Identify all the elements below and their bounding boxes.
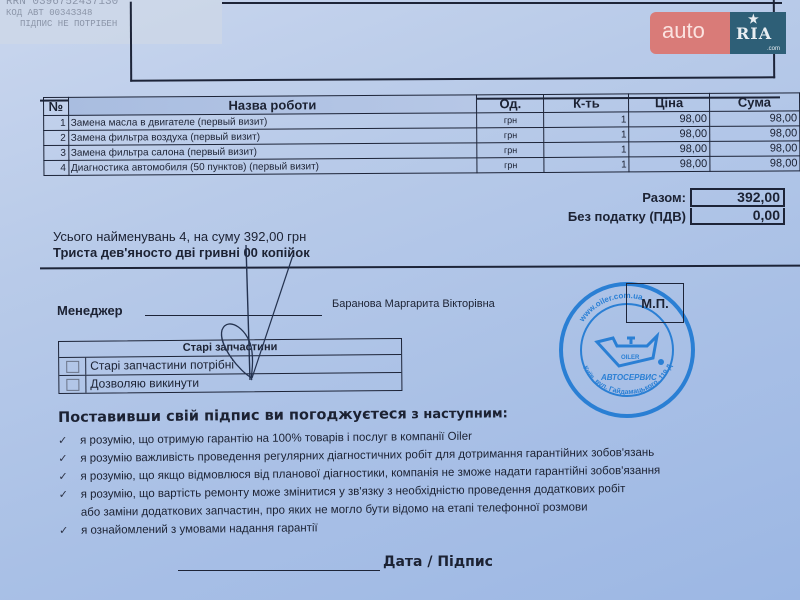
agreement-title-main: Поставивши свій підпис ви погоджуєтеся [58, 406, 407, 426]
total-label: Разом: [586, 190, 690, 205]
client-signature-line [178, 570, 380, 571]
cell-unit: грн [477, 127, 544, 142]
cell-qty: 1 [544, 157, 629, 173]
watermark-com: .com [767, 46, 780, 52]
col-sum: Сума [709, 93, 799, 112]
checkmark-icon: ✓ [59, 486, 81, 504]
separator-line-2 [40, 265, 800, 270]
agreement-item-text: я ознайомлений з умовами надання гаранті… [81, 519, 318, 539]
cell-num: 4 [44, 160, 69, 175]
col-unit: Од. [477, 94, 544, 112]
checkbox-discard[interactable] [66, 378, 79, 390]
cell-qty: 1 [544, 112, 629, 128]
agreement-list: ✓я розумію, що отримую гарантію на 100% … [58, 426, 661, 540]
option-discard-label: Дозволяю викинути [86, 375, 199, 393]
table-row: 4Диагностика автомобиля (50 пунктов) (пе… [44, 156, 800, 176]
autoria-watermark: auto ★ RIA .com [650, 12, 786, 54]
stamp-service: АВТОСЕРВИС [600, 373, 657, 382]
old-parts-option-discard[interactable]: Дозволяю викинути [59, 373, 401, 393]
col-price: Ціна [629, 93, 710, 111]
vat-value: 0,00 [690, 208, 785, 225]
watermark-auto: auto [650, 12, 730, 54]
cell-unit: грн [477, 142, 544, 157]
stamp-brand: OILER [621, 355, 640, 361]
checkmark-icon: ✓ [59, 522, 81, 540]
checkmark-icon: ✓ [58, 468, 80, 486]
totals-block: Разом: 392,00 Без податку (ПДВ) 0,00 [586, 188, 785, 226]
total-value: 392,00 [690, 188, 785, 207]
manager-signature-line [145, 315, 322, 316]
cell-num: 1 [44, 115, 69, 130]
items-table: № Назва роботи Од. К-ть Ціна Сума 1Замен… [43, 92, 800, 176]
cell-sum: 98,00 [710, 156, 800, 172]
checkmark-icon: ✓ [58, 450, 80, 468]
checkmark-icon: ✓ [58, 432, 80, 450]
oil-can-icon [597, 336, 657, 366]
cell-price: 98,00 [629, 141, 710, 156]
stamp-place-label: М.П. [626, 283, 684, 323]
summary-in-words: Триста дев'яносто дві гривні 00 копійок [53, 245, 310, 260]
manager-name: Баранова Маргарита Вікторівна [332, 298, 495, 310]
col-num: № [44, 97, 69, 115]
option-needed-label: Старі запчастини потрібні [86, 356, 234, 374]
cell-unit: грн [477, 112, 544, 127]
cell-num: 2 [44, 130, 69, 145]
cell-qty: 1 [544, 142, 629, 158]
date-signature-label: Дата / Підпис [383, 554, 493, 570]
summary-count: Усього найменувань 4, на суму 392,00 грн [53, 229, 306, 244]
cell-price: 98,00 [629, 156, 710, 171]
old-parts-table: Старі запчастини Старі запчастини потріб… [58, 338, 402, 394]
manager-label: Менеджер [57, 303, 123, 318]
col-qty: К-ть [544, 94, 629, 113]
cell-sum: 98,00 [710, 141, 800, 157]
cell-unit: грн [477, 157, 544, 172]
cell-qty: 1 [544, 127, 629, 143]
cell-sum: 98,00 [709, 111, 799, 127]
cell-price: 98,00 [629, 126, 710, 141]
cell-sum: 98,00 [710, 126, 800, 142]
watermark-ria-text: RIA [736, 24, 772, 43]
checkbox-needed[interactable] [66, 360, 79, 372]
agreement-title-tail: з наступним: [407, 406, 508, 422]
vat-label: Без податку (ПДВ) [526, 209, 690, 224]
agreement-title: Поставивши свій підпис ви погоджуєтеся з… [58, 405, 508, 426]
watermark-ria: ★ RIA .com [730, 12, 786, 54]
cell-price: 98,00 [629, 111, 710, 126]
cell-num: 3 [44, 145, 69, 160]
cell-name: Диагностика автомобиля (50 пунктов) (пер… [68, 158, 477, 175]
